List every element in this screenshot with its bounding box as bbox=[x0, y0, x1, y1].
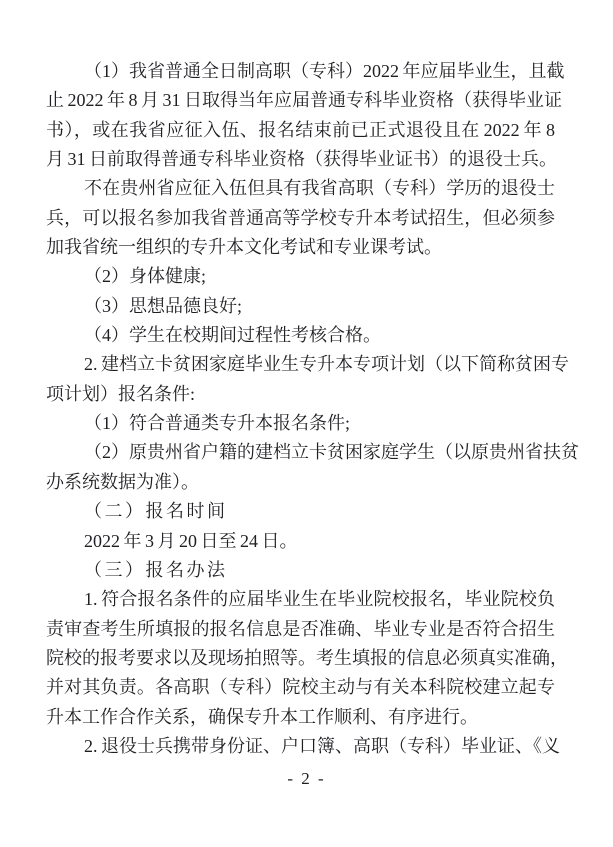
text-line: 院校的报考要求以及现场拍照等。考生填报的信息必须真实准确， bbox=[46, 644, 555, 673]
text-line: （4）学生在校期间过程性考核合格。 bbox=[46, 321, 555, 350]
text-line: 书），或在我省应征入伍、报名结束前已正式退役且在 2022 年 8 bbox=[46, 116, 555, 145]
text-line: 兵，可以报名参加我省普通高等学校专升本考试招生，但必须参 bbox=[46, 204, 555, 233]
text-line: 1. 符合报名条件的应届毕业生在毕业院校报名，毕业院校负 bbox=[46, 585, 555, 614]
text-line: 并对其负责。各高职（专科）院校主动与有关本科院校建立起专 bbox=[46, 673, 555, 702]
section-heading: （二）报名时间 bbox=[46, 497, 555, 526]
text-line: 止 2022 年 8 月 31 日取得当年应届普通专科毕业资格（获得毕业证 bbox=[46, 86, 555, 115]
text-line: 不在贵州省应征入伍但具有我省高职（专科）学历的退役士 bbox=[46, 174, 555, 203]
text-line: 2. 退役士兵携带身份证、户口簿、高职（专科）毕业证、《义 bbox=[46, 732, 555, 761]
text-line: 办系统数据为准）。 bbox=[46, 468, 555, 497]
text-line: 加我省统一组织的专升本文化考试和专业课考试。 bbox=[46, 233, 555, 262]
text-line: （2）原贵州省户籍的建档立卡贫困家庭学生（以原贵州省扶贫 bbox=[46, 438, 555, 467]
text-line: 项计划）报名条件: bbox=[46, 380, 555, 409]
document-body: （1）我省普通全日制高职（专科）2022 年应届毕业生，且截 止 2022 年 … bbox=[46, 57, 555, 761]
document-page: （1）我省普通全日制高职（专科）2022 年应届毕业生，且截 止 2022 年 … bbox=[0, 0, 613, 847]
section-heading: （三）报名办法 bbox=[46, 556, 555, 585]
text-line: （2）身体健康; bbox=[46, 262, 555, 291]
text-line: 月 31 日前取得普通专科毕业资格（获得毕业证书）的退役士兵。 bbox=[46, 145, 555, 174]
text-line: 2. 建档立卡贫困家庭毕业生专升本专项计划（以下简称贫困专 bbox=[46, 350, 555, 379]
text-line: （1）我省普通全日制高职（专科）2022 年应届毕业生，且截 bbox=[46, 57, 555, 86]
text-line: （1）符合普通类专升本报名条件; bbox=[46, 409, 555, 438]
text-line: 责审查考生所填报的报名信息是否准确、毕业专业是否符合招生 bbox=[46, 615, 555, 644]
text-line: 升本工作合作关系，确保专升本工作顺利、有序进行。 bbox=[46, 703, 555, 732]
text-line: （3）思想品德良好; bbox=[46, 292, 555, 321]
text-line: 2022 年 3 月 20 日至 24 日。 bbox=[46, 527, 555, 556]
page-number: - 2 - bbox=[0, 769, 613, 789]
